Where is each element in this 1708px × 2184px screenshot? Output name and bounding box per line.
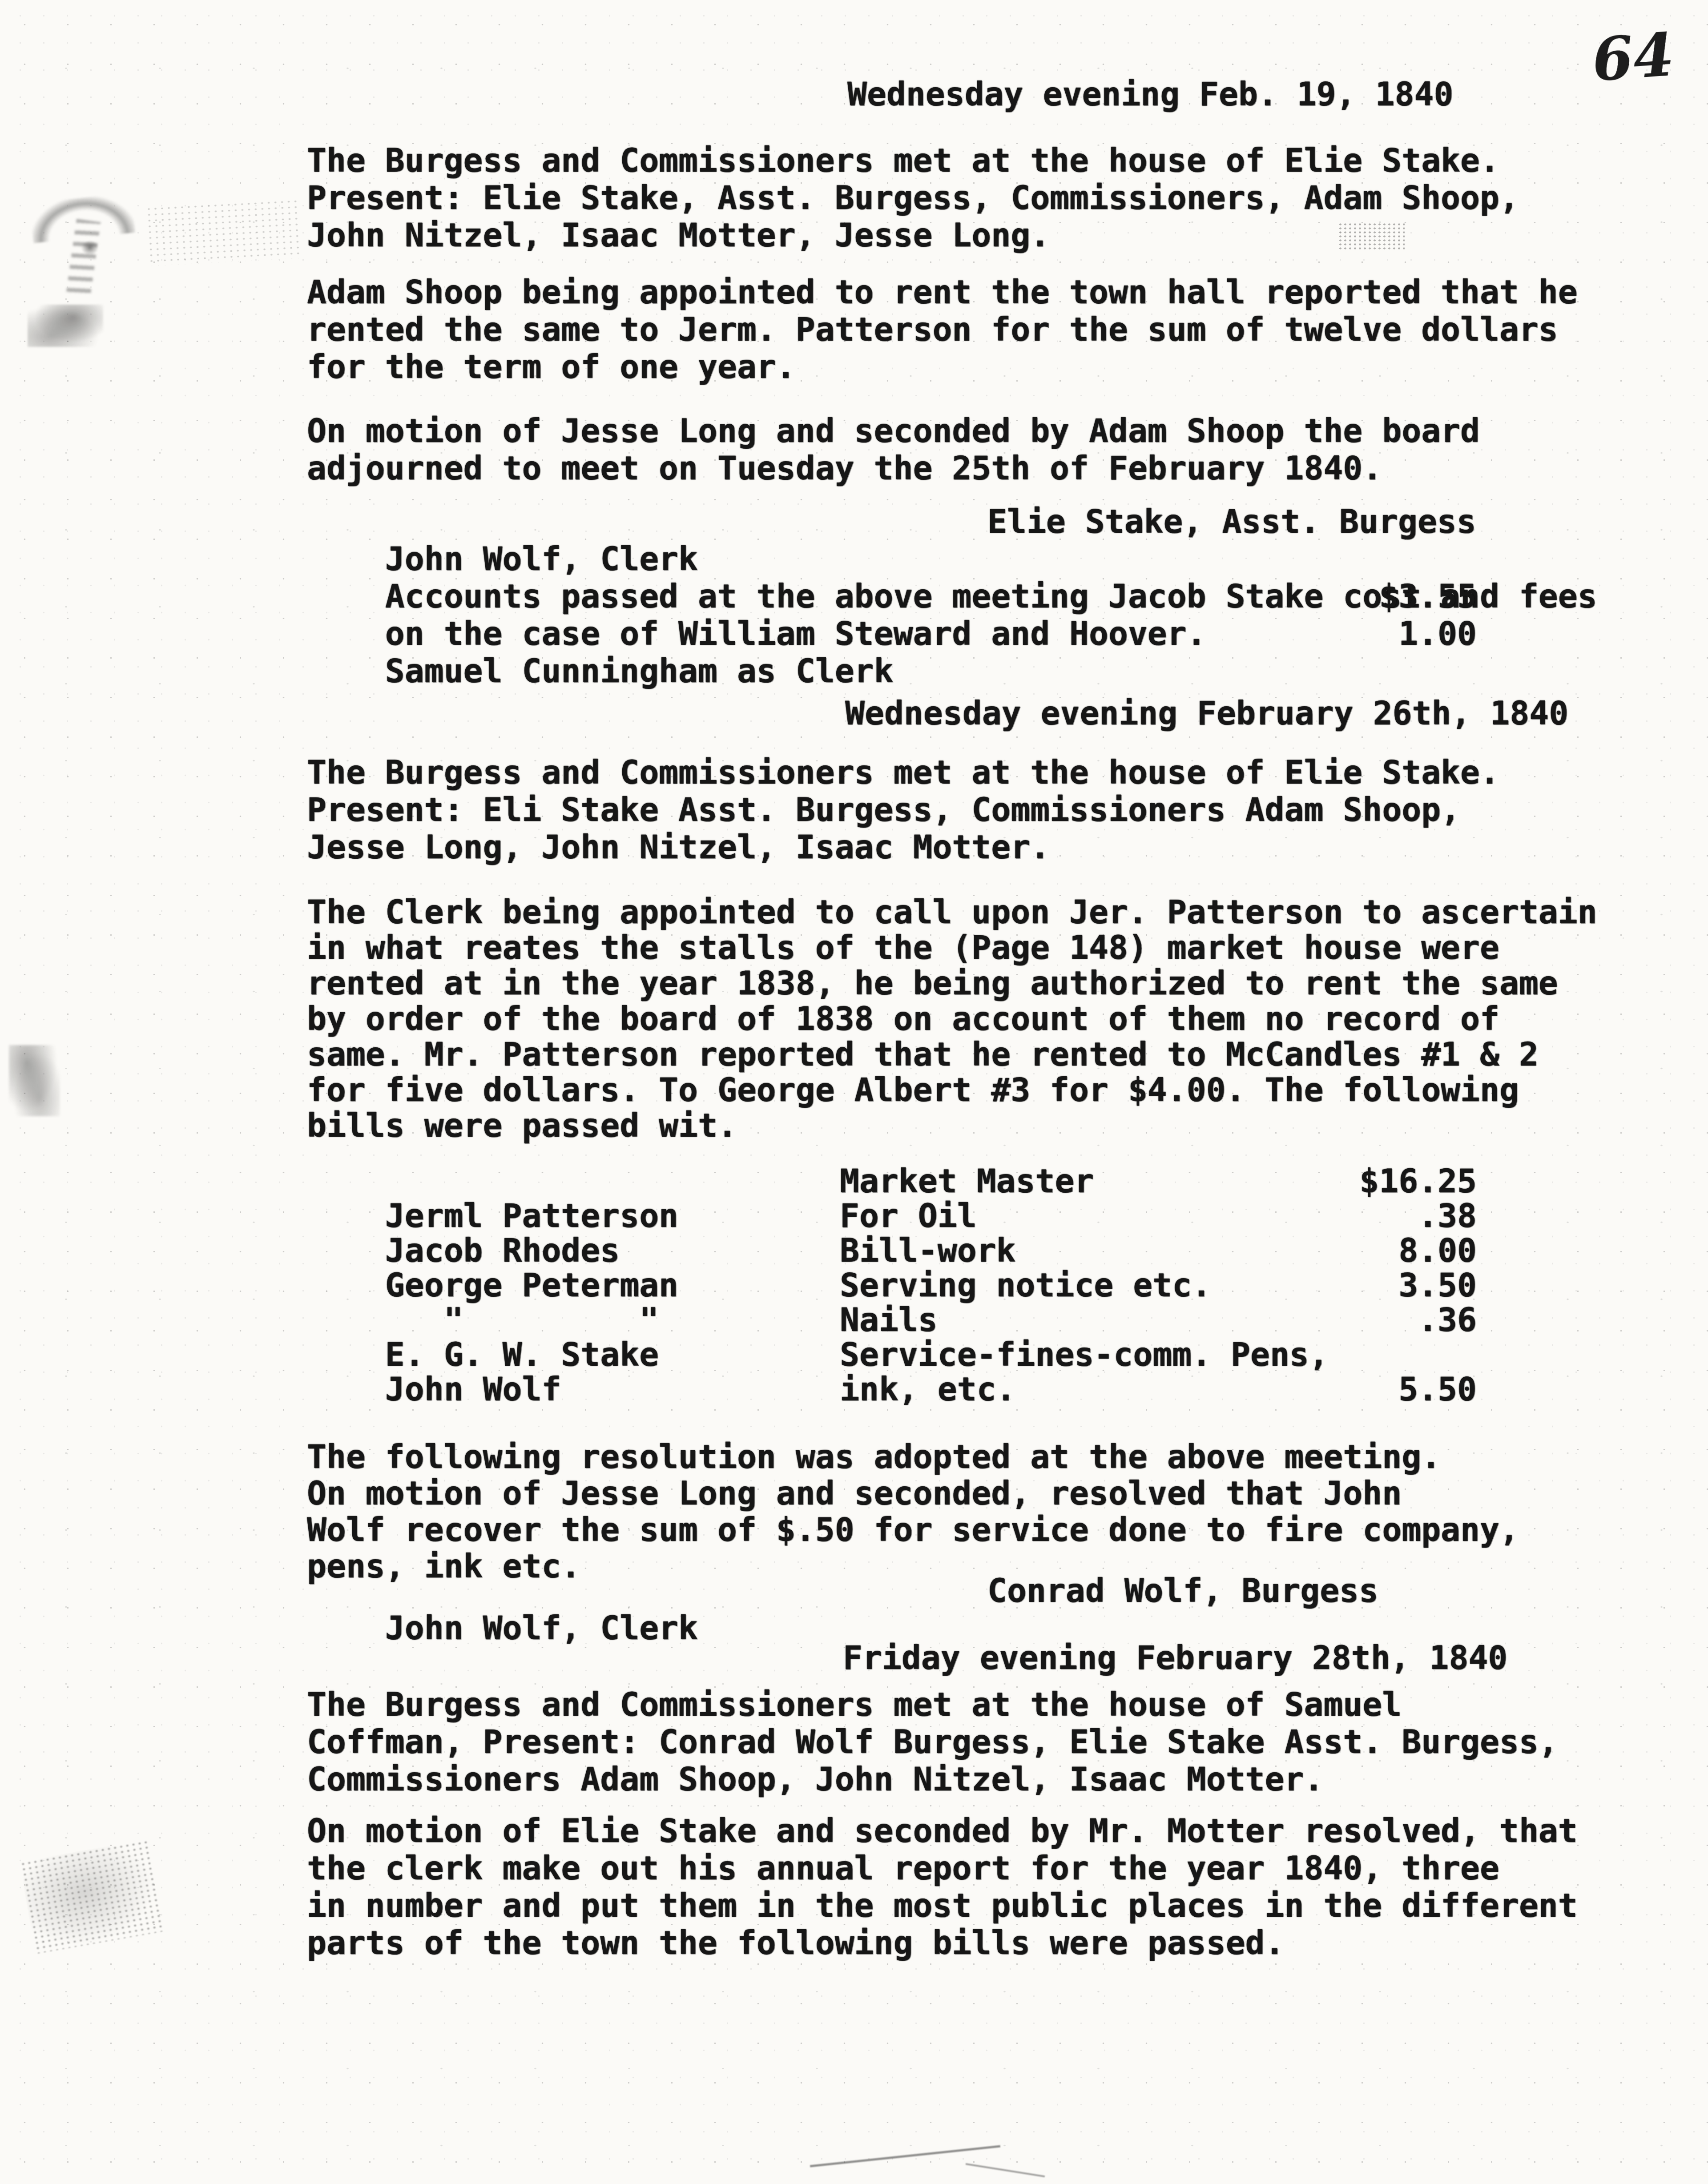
text-line: Adam Shoop being appointed to rent the t… — [307, 274, 1578, 311]
text-line: same. Mr. Patterson reported that he ren… — [307, 1037, 1597, 1073]
ink-smudge — [20, 1839, 163, 1954]
text-line: in what reates the stalls of the (Page 1… — [307, 930, 1597, 966]
bill-description: Market Master — [840, 1164, 1094, 1199]
table-row: George Peterman Bill-work 8.00 — [307, 1234, 1477, 1268]
table-row: Jacob Rhodes For Oil .38 — [307, 1199, 1477, 1234]
table-row: E. G. W. Stake Nails .36 — [307, 1303, 1477, 1338]
bill-description: For Oil — [840, 1199, 977, 1234]
paper-crease — [966, 2163, 1045, 2177]
table-row: Jerml Patterson Market Master $16.25 — [307, 1164, 1477, 1199]
meeting-1-signatures-and-accounts: John Wolf, Clerk Elie Stake, Asst. Burge… — [307, 503, 1477, 653]
table-row: " " Serving notice etc. 3.50 — [307, 1268, 1477, 1303]
scan-speckle — [145, 198, 300, 266]
signature-row: John Wolf, Clerk Elie Stake, Asst. Burge… — [307, 503, 1477, 541]
signature-row: John Wolf, Clerk Conrad Wolf, Burgess — [307, 1573, 1477, 1610]
bill-amount: .38 — [1418, 1199, 1477, 1234]
ink-smudge — [28, 305, 103, 347]
meeting-1-heading: Wednesday evening Feb. 19, 1840 — [847, 76, 1453, 113]
meeting-3-paragraph-1: The Burgess and Commissioners met at the… — [307, 1686, 1558, 1798]
text-line: On motion of Jesse Long and seconded by … — [307, 413, 1480, 450]
meeting-2-paragraph-2: The Clerk being appointed to call upon J… — [307, 895, 1597, 1144]
text-line: rented at in the year 1838, he being aut… — [307, 966, 1597, 1002]
text-line: Coffman, Present: Conrad Wolf Burgess, E… — [307, 1724, 1558, 1761]
text-line: for five dollars. To George Albert #3 fo… — [307, 1073, 1597, 1108]
text-line: Wolf recover the sum of $.50 for service… — [307, 1512, 1519, 1549]
text-line: John Nitzel, Isaac Motter, Jesse Long. — [307, 217, 1519, 254]
burgess-signature: Elie Stake, Asst. Burgess — [987, 503, 1476, 541]
accounts-row: Samuel Cunningham as Clerk 1.00 — [307, 615, 1477, 653]
meeting-2-paragraph-3: The following resolution was adopted at … — [307, 1439, 1519, 1585]
bill-description: Serving notice etc. — [840, 1268, 1211, 1303]
meeting-2-signatures: John Wolf, Clerk Conrad Wolf, Burgess — [307, 1573, 1477, 1610]
scanned-minutes-page: { "document": { "page_number": "64", "me… — [0, 0, 1708, 2184]
table-row: John Wolf Service-fines-comm. Pens, — [307, 1338, 1477, 1372]
accounts-row: Accounts passed at the above meeting Jac… — [307, 541, 1477, 578]
meeting-3-paragraph-2: On motion of Elie Stake and seconded by … — [307, 1813, 1578, 1962]
meeting-1-paragraph-2: Adam Shoop being appointed to rent the t… — [307, 274, 1578, 386]
bill-amount: .36 — [1418, 1303, 1477, 1338]
bill-amount: $16.25 — [1359, 1164, 1477, 1199]
paper-crease — [810, 2145, 1000, 2168]
text-line: parts of the town the following bills we… — [307, 1925, 1578, 1962]
text-line: for the term of one year. — [307, 349, 1578, 386]
accounts-amount: 1.00 — [1398, 615, 1477, 653]
text-line: The Burgess and Commissioners met at the… — [307, 142, 1519, 180]
text-line: The Clerk being appointed to call upon J… — [307, 895, 1597, 930]
text-line: rented the same to Jerm. Patterson for t… — [307, 311, 1578, 349]
bills-table: Jerml Patterson Market Master $16.25 Jac… — [307, 1164, 1477, 1407]
text-line: Present: Eli Stake Asst. Burgess, Commis… — [307, 792, 1499, 829]
text-line: adjourned to meet on Tuesday the 25th of… — [307, 450, 1480, 487]
bill-amount: 8.00 — [1398, 1234, 1477, 1268]
bill-description: Nails — [840, 1303, 938, 1338]
text-line: On motion of Jesse Long and seconded, re… — [307, 1476, 1519, 1512]
meeting-2-heading: Wednesday evening February 26th, 1840 — [845, 695, 1568, 732]
text-line: Present: Elie Stake, Asst. Burgess, Comm… — [307, 180, 1519, 217]
text-line: Commissioners Adam Shoop, John Nitzel, I… — [307, 1761, 1558, 1798]
meeting-3-heading: Friday evening February 28th, 1840 — [843, 1639, 1507, 1677]
table-row: ink, etc. 5.50 — [307, 1372, 1477, 1407]
text-line: in number and put them in the most publi… — [307, 1887, 1578, 1925]
text-line: the clerk make out his annual report for… — [307, 1850, 1578, 1887]
text-line: The Burgess and Commissioners met at the… — [307, 754, 1499, 792]
text-line: The following resolution was adopted at … — [307, 1439, 1519, 1476]
accounts-row: on the case of William Steward and Hoove… — [307, 578, 1477, 615]
ink-smudge — [29, 193, 135, 243]
meeting-2-paragraph-1: The Burgess and Commissioners met at the… — [307, 754, 1499, 866]
burgess-signature: Conrad Wolf, Burgess — [987, 1573, 1378, 1610]
ink-smudge — [81, 240, 99, 255]
meeting-1-paragraph-3: On motion of Jesse Long and seconded by … — [307, 413, 1480, 487]
text-line: Jesse Long, John Nitzel, Isaac Motter. — [307, 829, 1499, 866]
bill-description: Service-fines-comm. Pens, — [840, 1338, 1329, 1372]
text-line: On motion of Elie Stake and seconded by … — [307, 1813, 1578, 1850]
text-line: by order of the board of 1838 on account… — [307, 1002, 1597, 1037]
clerk-signature: John Wolf, Clerk — [385, 1609, 698, 1647]
accounts-amount: $3.55 — [1379, 578, 1477, 615]
ink-smudge — [66, 219, 101, 297]
text-line: bills were passed wit. — [307, 1108, 1597, 1144]
bill-description: ink, etc. — [840, 1372, 1016, 1407]
bill-amount: 5.50 — [1398, 1372, 1477, 1407]
text-line: The Burgess and Commissioners met at the… — [307, 1686, 1558, 1724]
accounts-text: Samuel Cunningham as Clerk — [385, 652, 894, 690]
ink-smudge — [9, 1045, 60, 1116]
handwritten-page-number: 64 — [1590, 20, 1676, 95]
meeting-1-paragraph-1: The Burgess and Commissioners met at the… — [307, 142, 1519, 254]
bill-description: Bill-work — [840, 1234, 1016, 1268]
bill-amount: 3.50 — [1398, 1268, 1477, 1303]
